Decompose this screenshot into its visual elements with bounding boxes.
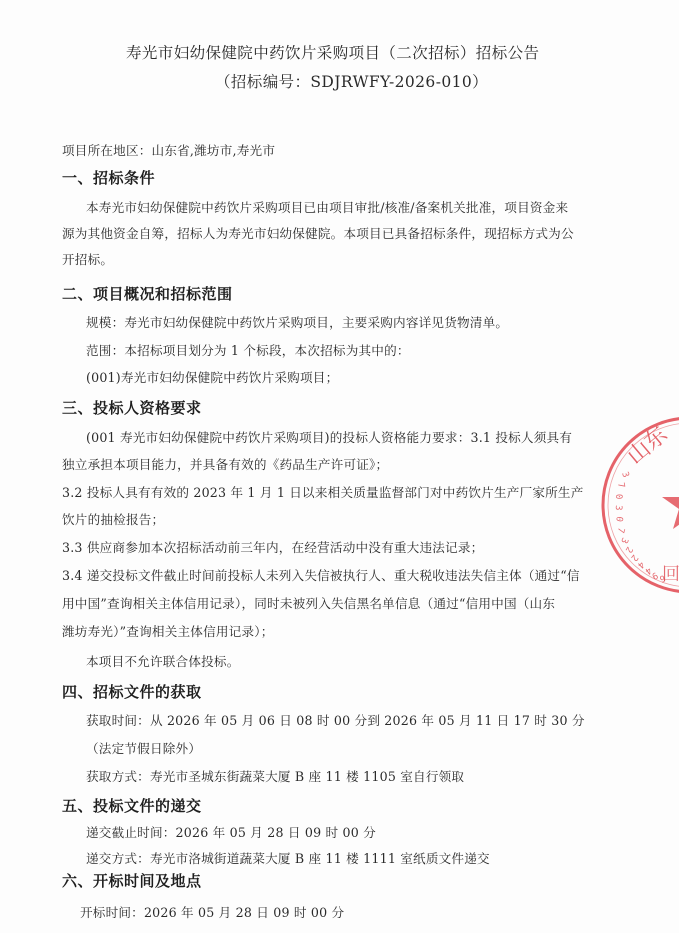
seal-stamp-icon: 山东 回 3 7 0 3 0 7 3 2 2 4 4 9 6 [600, 415, 679, 595]
official-seal: 山东 回 3 7 0 3 0 7 3 2 2 4 4 9 6 [600, 415, 679, 595]
section-5-line-2: 递交方式：寿光市洛城街道蔬菜大厦 B 座 11 楼 1111 室纸质文件递交 [86, 850, 490, 868]
section-heading-1: 一、招标条件 [62, 169, 155, 187]
svg-text:7: 7 [615, 482, 626, 489]
svg-text:7: 7 [615, 526, 626, 534]
section-1-line-3: 开招标。 [62, 251, 113, 269]
section-3-line-9: 本项目不允许联合体投标。 [86, 653, 240, 671]
svg-text:山东: 山东 [623, 422, 673, 469]
svg-text:3: 3 [619, 471, 630, 480]
svg-text:3: 3 [613, 505, 623, 511]
section-heading-5: 五、投标文件的递交 [62, 797, 202, 815]
section-3-line-2: 独立承担本项目能力，并具备有效的《药品生产许可证》； [62, 456, 388, 474]
section-heading-3: 三、投标人资格要求 [62, 399, 202, 417]
section-2-line-1: 规模：寿光市妇幼保健院中药饮片采购项目，主要采购内容详见货物清单。 [86, 314, 508, 332]
section-heading-6: 六、开标时间及地点 [62, 872, 202, 890]
section-1-line-1: 本寿光市妇幼保健院中药饮片采购项目已由项目审批/核准/备案机关批准，项目资金来 [86, 199, 568, 217]
section-3-line-7: 用中国”查询相关主体信用记录），同时未被列入失信黑名单信息（通过“信用中国（山东 [62, 595, 555, 613]
section-3-line-6: 3.4 递交投标文件截止时间前投标人未列入失信被执行人、重大税收违法失信主体（通… [62, 567, 580, 585]
svg-text:0: 0 [613, 494, 623, 500]
section-3-line-4: 饮片的抽检报告； [62, 511, 164, 529]
section-heading-2: 二、项目概况和招标范围 [62, 285, 233, 303]
section-3-line-1: (001 寿光市妇幼保健院中药饮片采购项目)的投标人资格能力要求：3.1 投标人… [86, 429, 572, 447]
section-2-line-2: 范围：本招标项目划分为 1 个标段，本次招标为其中的： [86, 342, 410, 360]
section-3-line-3: 3.2 投标人具有有效的 2023 年 1 月 1 日以来相关质量监督部门对中药… [62, 484, 584, 502]
announcement-page: 寿光市妇幼保健院中药饮片采购项目（二次招标）招标公告 （招标编号：SDJRWFY… [0, 0, 679, 933]
section-heading-4: 四、招标文件的获取 [62, 683, 202, 701]
tender-number: （招标编号：SDJRWFY-2026-010） [215, 73, 488, 91]
section-6-line-1: 开标时间：2026 年 05 月 28 日 09 时 00 分 [80, 904, 344, 922]
svg-text:0: 0 [613, 516, 624, 523]
section-5-line-1: 递交截止时间：2026 年 05 月 28 日 09 时 00 分 [86, 824, 376, 842]
section-4-line-2: （法定节假日除外） [86, 740, 201, 758]
section-4-line-3: 获取方式：寿光市圣城东街蔬菜大厦 B 座 11 楼 1105 室自行领取 [86, 768, 464, 786]
section-3-line-5: 3.3 供应商参加本次招标活动前三年内，在经营活动中没有重大违法记录； [62, 539, 483, 557]
section-2-line-3: (001)寿光市妇幼保健院中药饮片采购项目； [86, 369, 338, 387]
document-title: 寿光市妇幼保健院中药饮片采购项目（二次招标）招标公告 [126, 44, 539, 62]
section-1-line-2: 源为其他资金自筹，招标人为寿光市妇幼保健院。本项目已具备招标条件，现招标方式为公 [62, 225, 574, 243]
project-region: 项目所在地区：山东省,潍坊市,寿光市 [62, 142, 275, 160]
section-3-line-8: 潍坊寿光）”查询相关主体信用记录）； [62, 623, 274, 641]
section-4-line-1: 获取时间：从 2026 年 05 月 06 日 08 时 00 分到 2026 … [86, 712, 585, 730]
svg-text:3: 3 [618, 536, 629, 545]
